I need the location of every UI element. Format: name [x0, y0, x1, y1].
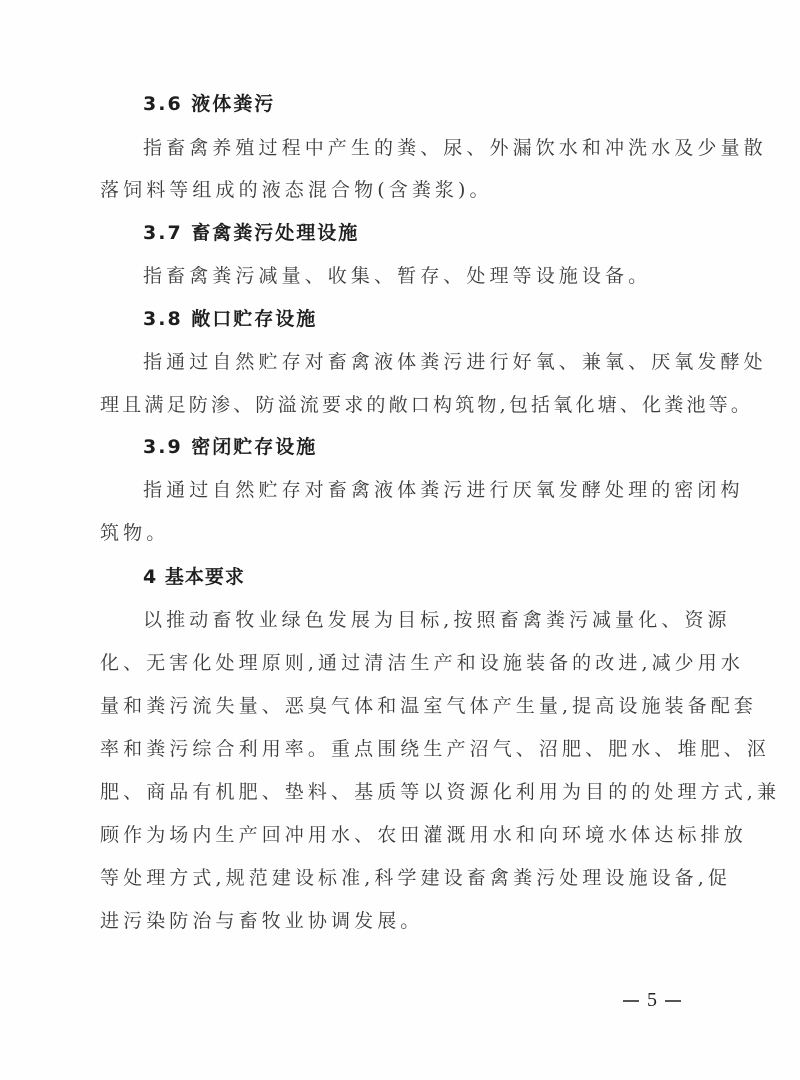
- section-heading-3-8: 3.8 敞口贮存设施: [143, 304, 317, 334]
- paragraph-line: 理且满足防渗、防溢流要求的敞口构筑物,包括氧化塘、化粪池等。: [100, 390, 700, 420]
- dash-left: [623, 1000, 639, 1002]
- paragraph-line: 筑物。: [100, 518, 700, 548]
- page-number: 5: [615, 986, 689, 1014]
- paragraph-line: 指畜禽养殖过程中产生的粪、尿、外漏饮水和冲洗水及少量散: [143, 133, 700, 163]
- paragraph-line: 指畜禽粪污减量、收集、暂存、处理等设施设备。: [143, 261, 700, 291]
- paragraph-line: 肥、商品有机肥、垫料、基质等以资源化利用为目的的处理方式,兼: [100, 777, 700, 807]
- paragraph-line: 进污染防治与畜牧业协调发展。: [100, 906, 700, 936]
- section-heading-3-7: 3.7 畜禽粪污处理设施: [143, 218, 359, 248]
- page-number-value: 5: [647, 989, 657, 1011]
- paragraph-line: 化、无害化处理原则,通过清洁生产和设施装备的改进,减少用水: [100, 648, 700, 678]
- paragraph-line: 以推动畜牧业绿色发展为目标,按照畜禽粪污减量化、资源: [143, 605, 700, 635]
- section-heading-3-9: 3.9 密闭贮存设施: [143, 432, 317, 462]
- section-heading-4: 4 基本要求: [143, 562, 245, 592]
- section-heading-3-6: 3.6 液体粪污: [143, 89, 275, 119]
- paragraph-line: 落饲料等组成的液态混合物(含粪浆)。: [100, 175, 700, 205]
- paragraph-line: 指通过自然贮存对畜禽液体粪污进行好氧、兼氧、厌氧发酵处: [143, 347, 700, 377]
- dash-right: [665, 1000, 681, 1002]
- document-page: 3.6 液体粪污 指畜禽养殖过程中产生的粪、尿、外漏饮水和冲洗水及少量散 落饲料…: [0, 0, 800, 1080]
- paragraph-line: 顾作为场内生产回冲用水、农田灌溉用水和向环境水体达标排放: [100, 820, 700, 850]
- paragraph-line: 等处理方式,规范建设标准,科学建设畜禽粪污处理设施设备,促: [100, 863, 700, 893]
- paragraph-line: 指通过自然贮存对畜禽液体粪污进行厌氧发酵处理的密闭构: [143, 475, 700, 505]
- paragraph-line: 量和粪污流失量、恶臭气体和温室气体产生量,提高设施装备配套: [100, 691, 700, 721]
- paragraph-line: 率和粪污综合利用率。重点围绕生产沼气、沼肥、肥水、堆肥、沤: [100, 734, 700, 764]
